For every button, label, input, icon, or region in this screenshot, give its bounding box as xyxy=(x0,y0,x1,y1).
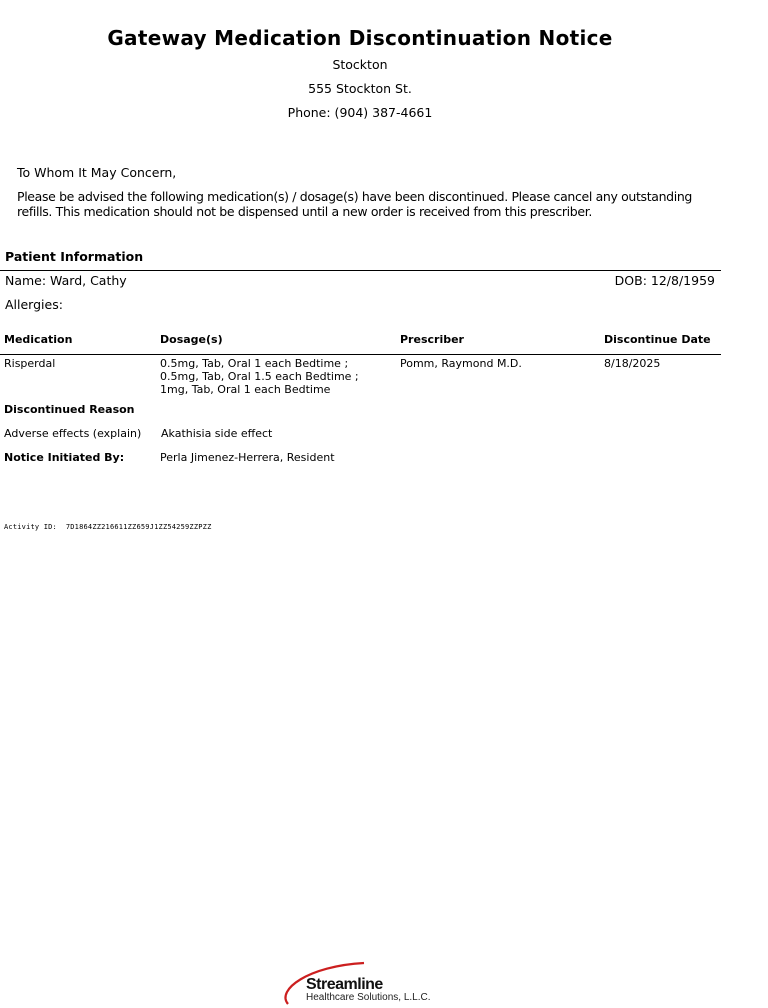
patient-allergies: Allergies: xyxy=(5,297,63,312)
dosage-line: 0.5mg, Tab, Oral 1 each Bedtime ; xyxy=(160,357,359,370)
discontinued-explanation: Akathisia side effect xyxy=(161,427,272,440)
activity-id-value: 7D1864ZZ216611ZZ659J1ZZ54259ZZPZZ xyxy=(66,523,212,531)
table-header-divider xyxy=(0,354,721,355)
notice-body: Please be advised the following medicati… xyxy=(17,189,727,219)
patient-dob: DOB: 12/8/1959 xyxy=(615,273,715,288)
patient-divider xyxy=(0,270,721,271)
facility-phone: Phone: (904) 387-4661 xyxy=(0,105,720,120)
col-header-prescriber: Prescriber xyxy=(400,333,464,346)
discontinued-reason-heading: Discontinued Reason xyxy=(4,403,135,416)
dosage-line: 1mg, Tab, Oral 1 each Bedtime xyxy=(160,383,359,396)
discontinue-date: 8/18/2025 xyxy=(604,357,660,370)
col-header-medication: Medication xyxy=(4,333,72,346)
streamline-logo: Streamline Healthcare Solutions, L.L.C. xyxy=(278,960,458,1006)
logo-subtitle: Healthcare Solutions, L.L.C. xyxy=(306,992,431,1003)
col-header-dosage: Dosage(s) xyxy=(160,333,223,346)
initiated-by-label: Notice Initiated By: xyxy=(4,451,124,464)
activity-id: Activity ID: 7D1864ZZ216611ZZ659J1ZZ5425… xyxy=(4,523,212,531)
discontinued-reason: Adverse effects (explain) xyxy=(4,427,141,440)
dosage-list: 0.5mg, Tab, Oral 1 each Bedtime ; 0.5mg,… xyxy=(160,357,359,396)
salutation: To Whom It May Concern, xyxy=(17,165,176,180)
medication-name: Risperdal xyxy=(4,357,55,370)
dosage-line: 0.5mg, Tab, Oral 1.5 each Bedtime ; xyxy=(160,370,359,383)
facility-location: Stockton xyxy=(0,57,720,72)
prescriber-name: Pomm, Raymond M.D. xyxy=(400,357,522,370)
activity-id-label: Activity ID: xyxy=(4,523,57,531)
document-title: Gateway Medication Discontinuation Notic… xyxy=(0,26,720,50)
patient-name: Name: Ward, Cathy xyxy=(5,273,127,288)
col-header-discontinue-date: Discontinue Date xyxy=(604,333,711,346)
initiated-by-value: Perla Jimenez-Herrera, Resident xyxy=(160,451,335,464)
patient-info-heading: Patient Information xyxy=(5,249,143,264)
facility-address: 555 Stockton St. xyxy=(0,81,720,96)
